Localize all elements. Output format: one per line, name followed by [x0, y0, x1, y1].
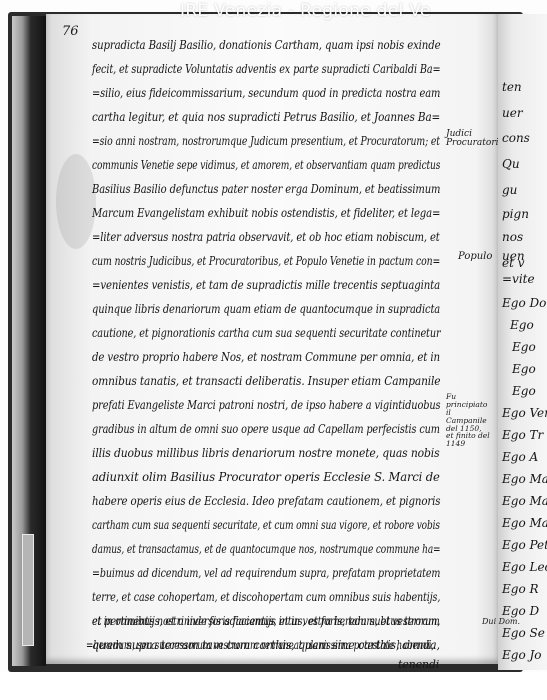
- text-line: gradibus in altum de omni suo opere usqu…: [92, 422, 440, 436]
- text-line: quinque libris denariorum quam etiam de …: [92, 302, 440, 316]
- facing-page-word: gu: [502, 183, 517, 197]
- facing-page-word: nos: [502, 230, 523, 244]
- text-line: Marcum Evangelistam exhibuit nobis osten…: [92, 206, 440, 220]
- facing-page-word: ten: [502, 80, 522, 94]
- text-line: fecit, et supradicte Voluntatis adventis…: [92, 62, 440, 76]
- facing-page-word: cons: [502, 131, 530, 145]
- facing-page-word: Ego Do: [502, 296, 546, 310]
- text-line: habere operis eius de Ecclesia. Ideo pre…: [92, 494, 440, 508]
- text-line: =buimus ad dicendum, vel ad requirendum …: [92, 566, 440, 580]
- text-line: =sio anni nostram, nostrorumque Judicum …: [92, 134, 440, 148]
- binding-label: [22, 534, 34, 646]
- text-line: prefati Evangeliste Marci patroni nostri…: [92, 398, 440, 412]
- facing-page-word: Ego Vene: [502, 406, 547, 420]
- facing-page-word: Ego Ma: [502, 516, 547, 530]
- book-binding: [12, 16, 46, 666]
- text-line: terre, et case cohopertam, et discohoper…: [92, 590, 440, 604]
- facing-page-word: Ego Pet: [502, 538, 547, 552]
- folio-number: 76: [62, 24, 79, 39]
- text-line: omnibus tanatis, et transacti deliberati…: [92, 374, 440, 388]
- facing-page-word: Ego Se: [502, 626, 545, 640]
- margin-note-campanile: Fu principiato il Campanile del 1150, et…: [446, 393, 490, 448]
- facing-page-word: pign: [502, 207, 529, 221]
- facing-page-word: Ego Ma: [502, 472, 547, 486]
- text-line: damus, et transactamus, et de quantocumq…: [92, 542, 440, 556]
- margin-note-populo: Populo: [458, 252, 492, 263]
- text-line: =silio, eius fideicommissarium, secundum…: [92, 86, 440, 100]
- margin-note-judici: Judici Procuratori: [446, 130, 488, 149]
- text-line: =heredum, seu successorum vestrorum rema…: [86, 638, 434, 652]
- text-line: cartha legitur, et quia nos supradicti P…: [92, 110, 440, 124]
- facing-page-word: Ego: [510, 318, 534, 332]
- facing-page-word: Ego: [512, 362, 536, 376]
- facing-page-word: Ego Jo: [502, 648, 542, 662]
- watermark: IRE Venezia - Regione del Ve: [180, 0, 520, 22]
- facing-page-word: Ego D: [502, 604, 539, 618]
- facing-page-word: Ego R: [502, 582, 539, 596]
- facing-page-word: Ego: [512, 340, 536, 354]
- text-line: =venientes venistis, et tam de supradict…: [92, 278, 440, 292]
- text-line: =liter adversus nostra patria observavit…: [92, 230, 440, 244]
- facing-page-word: Ego Ma: [502, 494, 547, 508]
- margin-note-bottom: Dui Dom.: [482, 618, 520, 626]
- facing-page-word: Ego Tr: [502, 428, 543, 442]
- facing-page-word: uen: [502, 249, 525, 263]
- text-line: adiunxit olim Basilius Procurator operis…: [92, 470, 440, 484]
- scan-bottom-margin: [0, 672, 547, 700]
- text-line: Basilius Basilio defunctus pater noster …: [92, 182, 440, 196]
- facing-page-edge: ten uer cons Qu gu pign nos et v =pitu u…: [498, 14, 547, 670]
- facing-page-word: Qu: [502, 157, 520, 171]
- text-line: illis duobus millibus libris denariorum …: [92, 446, 440, 460]
- text-line: cartham cum sua sequenti securitate, et …: [92, 518, 440, 532]
- facing-page-word: Ego A: [502, 450, 538, 464]
- text-line: et in omnibus nostri inde foris faciamus…: [92, 614, 440, 628]
- facing-page-word: Ego: [512, 384, 536, 398]
- facing-page-word: =vite: [502, 272, 535, 286]
- water-stain: [56, 154, 96, 249]
- text-line: supradicta Basilj Basilio, donationis Ca…: [92, 38, 440, 52]
- text-line: de vestro proprio habere Nos, et nostram…: [92, 350, 440, 364]
- manuscript-scan: ten uer cons Qu gu pign nos et v =pitu u…: [0, 0, 547, 700]
- facing-page-word: uer: [502, 106, 523, 120]
- facing-page-word: Ego Leo: [502, 560, 547, 574]
- text-line: tenendi: [398, 658, 439, 671]
- text-line: cautione, et pignorationis cartha cum su…: [92, 326, 440, 340]
- text-line: cum nostris Judicibus, et Procuratoribus…: [92, 254, 440, 268]
- text-line: communis Venetie sepe vidimus, et amorem…: [92, 158, 440, 172]
